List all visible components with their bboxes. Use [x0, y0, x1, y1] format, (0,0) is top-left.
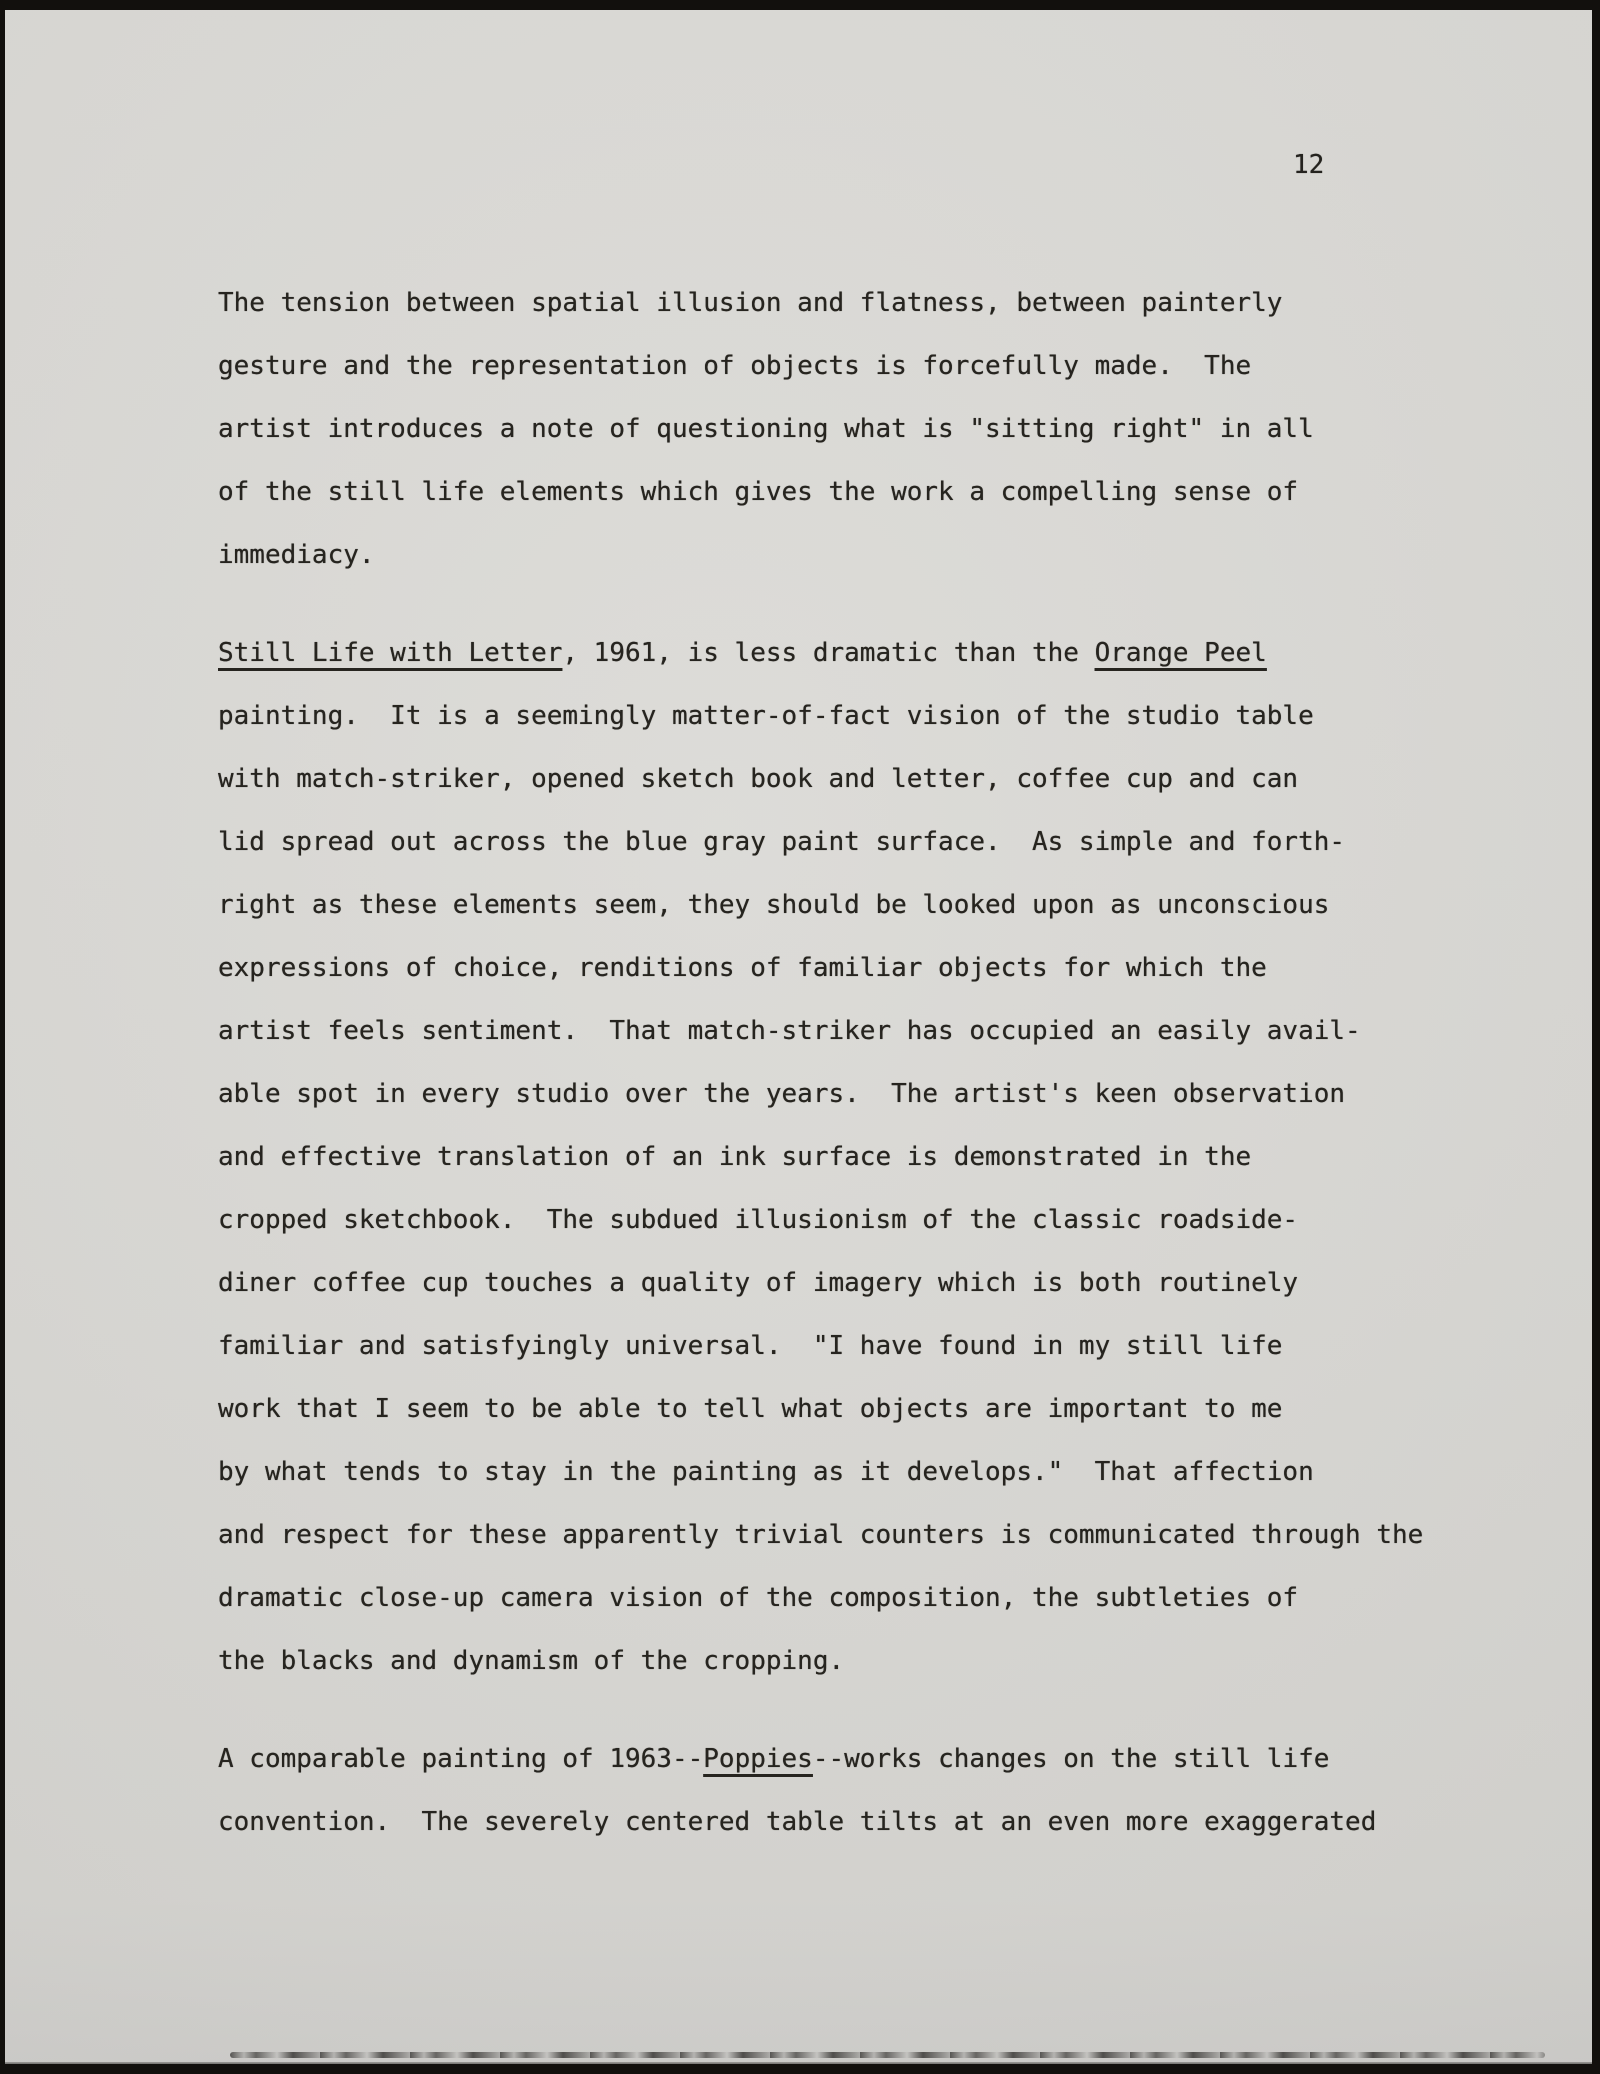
- text-segment: The tension between spatial illusion and…: [218, 288, 1282, 318]
- text-line: dramatic close-up camera vision of the c…: [218, 1567, 1538, 1630]
- text-line: immediacy.: [218, 524, 1538, 587]
- text-line: work that I seem to be able to tell what…: [218, 1378, 1538, 1441]
- text-segment: with match-striker, opened sketch book a…: [218, 764, 1298, 794]
- text-segment: right as these elements seem, they shoul…: [218, 890, 1329, 920]
- text-line: of the still life elements which gives t…: [218, 461, 1538, 524]
- text-line: artist introduces a note of questioning …: [218, 398, 1538, 461]
- text-segment: expressions of choice, renditions of fam…: [218, 953, 1267, 983]
- text-line: cropped sketchbook. The subdued illusion…: [218, 1189, 1538, 1252]
- text-line: convention. The severely centered table …: [218, 1791, 1538, 1854]
- text-line: right as these elements seem, they shoul…: [218, 874, 1538, 937]
- text-line: gesture and the representation of object…: [218, 335, 1538, 398]
- text-line: and respect for these apparently trivial…: [218, 1504, 1538, 1567]
- text-line: A comparable painting of 1963--Poppies--…: [218, 1728, 1538, 1791]
- scanned-document: 12 The tension between spatial illusion …: [0, 0, 1600, 2074]
- text-segment: convention. The severely centered table …: [218, 1807, 1376, 1837]
- text-line: the blacks and dynamism of the cropping.: [218, 1630, 1538, 1693]
- text-segment: and effective translation of an ink surf…: [218, 1142, 1251, 1172]
- text-segment: lid spread out across the blue gray pain…: [218, 827, 1345, 857]
- text-segment: the blacks and dynamism of the cropping.: [218, 1646, 844, 1676]
- text-segment: work that I seem to be able to tell what…: [218, 1394, 1282, 1424]
- text-segment: by what tends to stay in the painting as…: [218, 1457, 1314, 1487]
- scan-artifact-line: [230, 2052, 1545, 2058]
- text-line: painting. It is a seemingly matter-of-fa…: [218, 685, 1538, 748]
- text-line: lid spread out across the blue gray pain…: [218, 811, 1538, 874]
- text-line: The tension between spatial illusion and…: [218, 272, 1538, 335]
- text-line: able spot in every studio over the years…: [218, 1063, 1538, 1126]
- text-segment: artist introduces a note of questioning …: [218, 414, 1314, 444]
- underlined-title: Orange Peel: [1095, 638, 1267, 668]
- text-line: with match-striker, opened sketch book a…: [218, 748, 1538, 811]
- text-segment: diner coffee cup touches a quality of im…: [218, 1268, 1298, 1298]
- page: 12 The tension between spatial illusion …: [5, 10, 1592, 2064]
- text-segment: cropped sketchbook. The subdued illusion…: [218, 1205, 1298, 1235]
- text-segment: --works changes on the still life: [813, 1744, 1330, 1774]
- text-line: by what tends to stay in the painting as…: [218, 1441, 1538, 1504]
- underlined-title: Poppies: [703, 1744, 813, 1774]
- text-line: familiar and satisfyingly universal. "I …: [218, 1315, 1538, 1378]
- text-segment: able spot in every studio over the years…: [218, 1079, 1345, 1109]
- text-segment: dramatic close-up camera vision of the c…: [218, 1583, 1298, 1613]
- text-line: and effective translation of an ink surf…: [218, 1126, 1538, 1189]
- paragraph: A comparable painting of 1963--Poppies--…: [218, 1728, 1538, 1854]
- paragraph: The tension between spatial illusion and…: [218, 272, 1538, 587]
- text-line: artist feels sentiment. That match-strik…: [218, 1000, 1538, 1063]
- underlined-title: Still Life with Letter: [218, 638, 562, 668]
- page-number: 12: [1293, 150, 1324, 180]
- text-segment: immediacy.: [218, 540, 375, 570]
- text-segment: artist feels sentiment. That match-strik…: [218, 1016, 1361, 1046]
- text-segment: A comparable painting of 1963--: [218, 1744, 703, 1774]
- text-segment: gesture and the representation of object…: [218, 351, 1251, 381]
- text-segment: familiar and satisfyingly universal. "I …: [218, 1331, 1282, 1361]
- paragraph: Still Life with Letter, 1961, is less dr…: [218, 622, 1538, 1693]
- text-segment: , 1961, is less dramatic than the: [562, 638, 1094, 668]
- text-segment: and respect for these apparently trivial…: [218, 1520, 1423, 1550]
- scan-bottom-edge: [0, 2062, 1600, 2074]
- text-line: expressions of choice, renditions of fam…: [218, 937, 1538, 1000]
- text-line: Still Life with Letter, 1961, is less dr…: [218, 622, 1538, 685]
- text-line: diner coffee cup touches a quality of im…: [218, 1252, 1538, 1315]
- text-body: The tension between spatial illusion and…: [218, 272, 1538, 1889]
- text-segment: painting. It is a seemingly matter-of-fa…: [218, 701, 1314, 731]
- text-segment: of the still life elements which gives t…: [218, 477, 1298, 507]
